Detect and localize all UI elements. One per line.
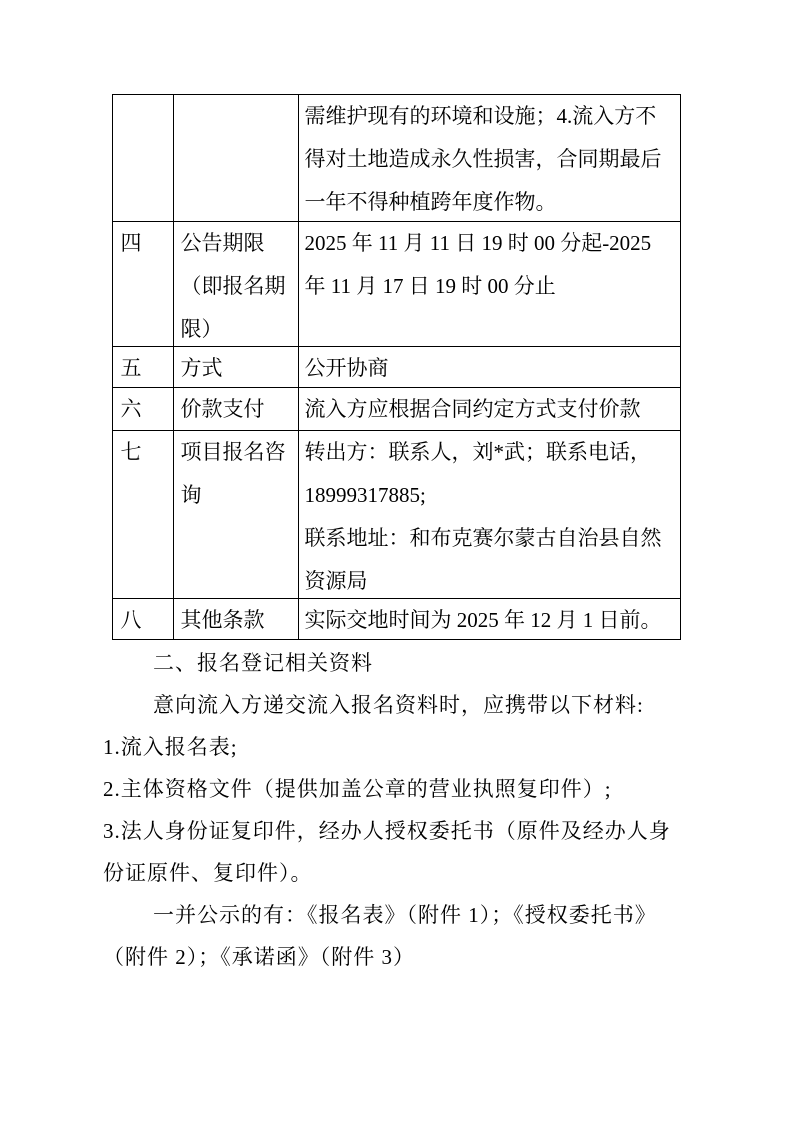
- closing-paragraph: 一并公示的有：《报名表》（附件 1）；《授权委托书》 （附件 2）；《承诺函》（…: [103, 894, 695, 978]
- row-label-cell: 其他条款: [174, 599, 299, 640]
- row-number-cell: [113, 95, 174, 222]
- material-item-3: 3.法人身份证复印件，经办人授权委托书（原件及经办人身 份证原件、复印件）。: [103, 810, 695, 894]
- document-page: 需维护现有的环境和设施；4.流入方不 得对土地造成永久性损害，合同期最后 一年不…: [0, 0, 793, 1122]
- intro-paragraph: 意向流入方递交流入报名资料时，应携带以下材料:: [103, 684, 695, 726]
- row-content-cell: 流入方应根据合同约定方式支付价款: [299, 388, 681, 431]
- row-number-cell: 五: [113, 347, 174, 388]
- row-content-cell: 需维护现有的环境和设施；4.流入方不 得对土地造成永久性损害，合同期最后 一年不…: [299, 95, 681, 222]
- row-label-cell: 方式: [174, 347, 299, 388]
- row-number-cell: 四: [113, 222, 174, 347]
- row-label-cell: 公告期限 （即报名期 限）: [174, 222, 299, 347]
- row-number-cell: 八: [113, 599, 174, 640]
- row-label-cell: 项目报名咨 询: [174, 431, 299, 599]
- row-content-cell: 实际交地时间为 2025 年 12 月 1 日前。: [299, 599, 681, 640]
- row-number-cell: 七: [113, 431, 174, 599]
- section-heading: 二、报名登记相关资料: [103, 642, 695, 684]
- announcement-table: 需维护现有的环境和设施；4.流入方不 得对土地造成永久性损害，合同期最后 一年不…: [112, 94, 681, 640]
- body-text: 二、报名登记相关资料 意向流入方递交流入报名资料时，应携带以下材料: 1.流入报…: [103, 642, 695, 978]
- material-item-1: 1.流入报名表;: [103, 726, 695, 768]
- material-item-2: 2.主体资格文件（提供加盖公章的营业执照复印件）;: [103, 768, 695, 810]
- row-label-cell: [174, 95, 299, 222]
- row-label-cell: 价款支付: [174, 388, 299, 431]
- row-content-cell: 2025 年 11 月 11 日 19 时 00 分起-2025 年 11 月 …: [299, 222, 681, 347]
- row-content-cell: 转出方：联系人，刘*武；联系电话， 18999317885; 联系地址：和布克赛…: [299, 431, 681, 599]
- row-content-cell: 公开协商: [299, 347, 681, 388]
- row-number-cell: 六: [113, 388, 174, 431]
